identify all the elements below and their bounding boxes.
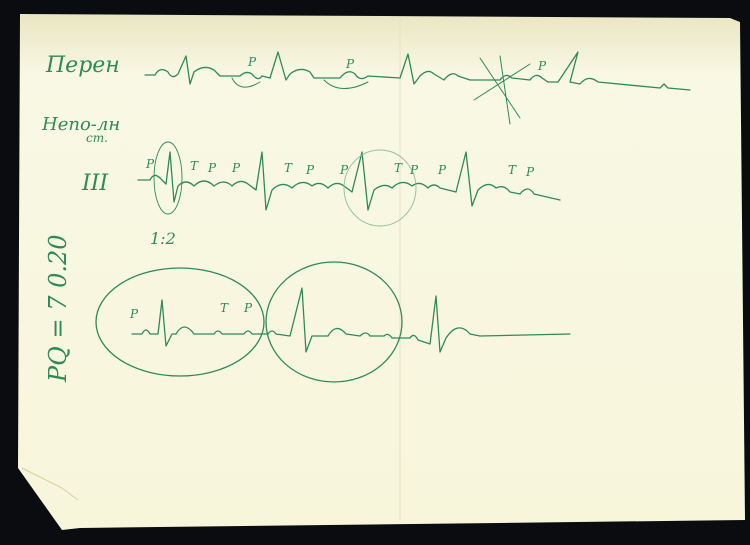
svg-text:P: P <box>437 163 447 177</box>
svg-text:T: T <box>394 161 403 175</box>
svg-text:T: T <box>220 301 229 315</box>
svg-text:T: T <box>508 163 517 177</box>
label-row1-title: Перен <box>45 53 120 78</box>
svg-text:P: P <box>207 161 217 175</box>
label-pq-interval: PQ = 7 0.20 <box>44 234 72 383</box>
paper-sheet: Перен Непо-лн ст. III 1:2 PQ = 7 0.20 P … <box>0 0 750 545</box>
svg-text:T: T <box>284 161 293 175</box>
svg-text:P: P <box>339 163 349 177</box>
label-row2-sub: ст. <box>86 131 108 145</box>
svg-text:P: P <box>243 301 253 315</box>
svg-text:P: P <box>305 163 315 177</box>
svg-text:P: P <box>537 59 547 73</box>
svg-text:P: P <box>345 57 355 71</box>
svg-text:P: P <box>231 161 241 175</box>
svg-text:P: P <box>247 55 257 69</box>
label-degree: III <box>81 171 109 196</box>
svg-text:P: P <box>129 307 139 321</box>
svg-text:P: P <box>409 163 419 177</box>
paper-surface <box>18 14 745 530</box>
paper-svg: Перен Непо-лн ст. III 1:2 PQ = 7 0.20 P … <box>0 0 750 545</box>
svg-text:P: P <box>525 165 535 179</box>
svg-text:P: P <box>145 157 155 171</box>
label-ratio: 1:2 <box>150 229 176 248</box>
label-row2-title: Непо-лн <box>41 114 120 135</box>
svg-text:T: T <box>190 159 199 173</box>
